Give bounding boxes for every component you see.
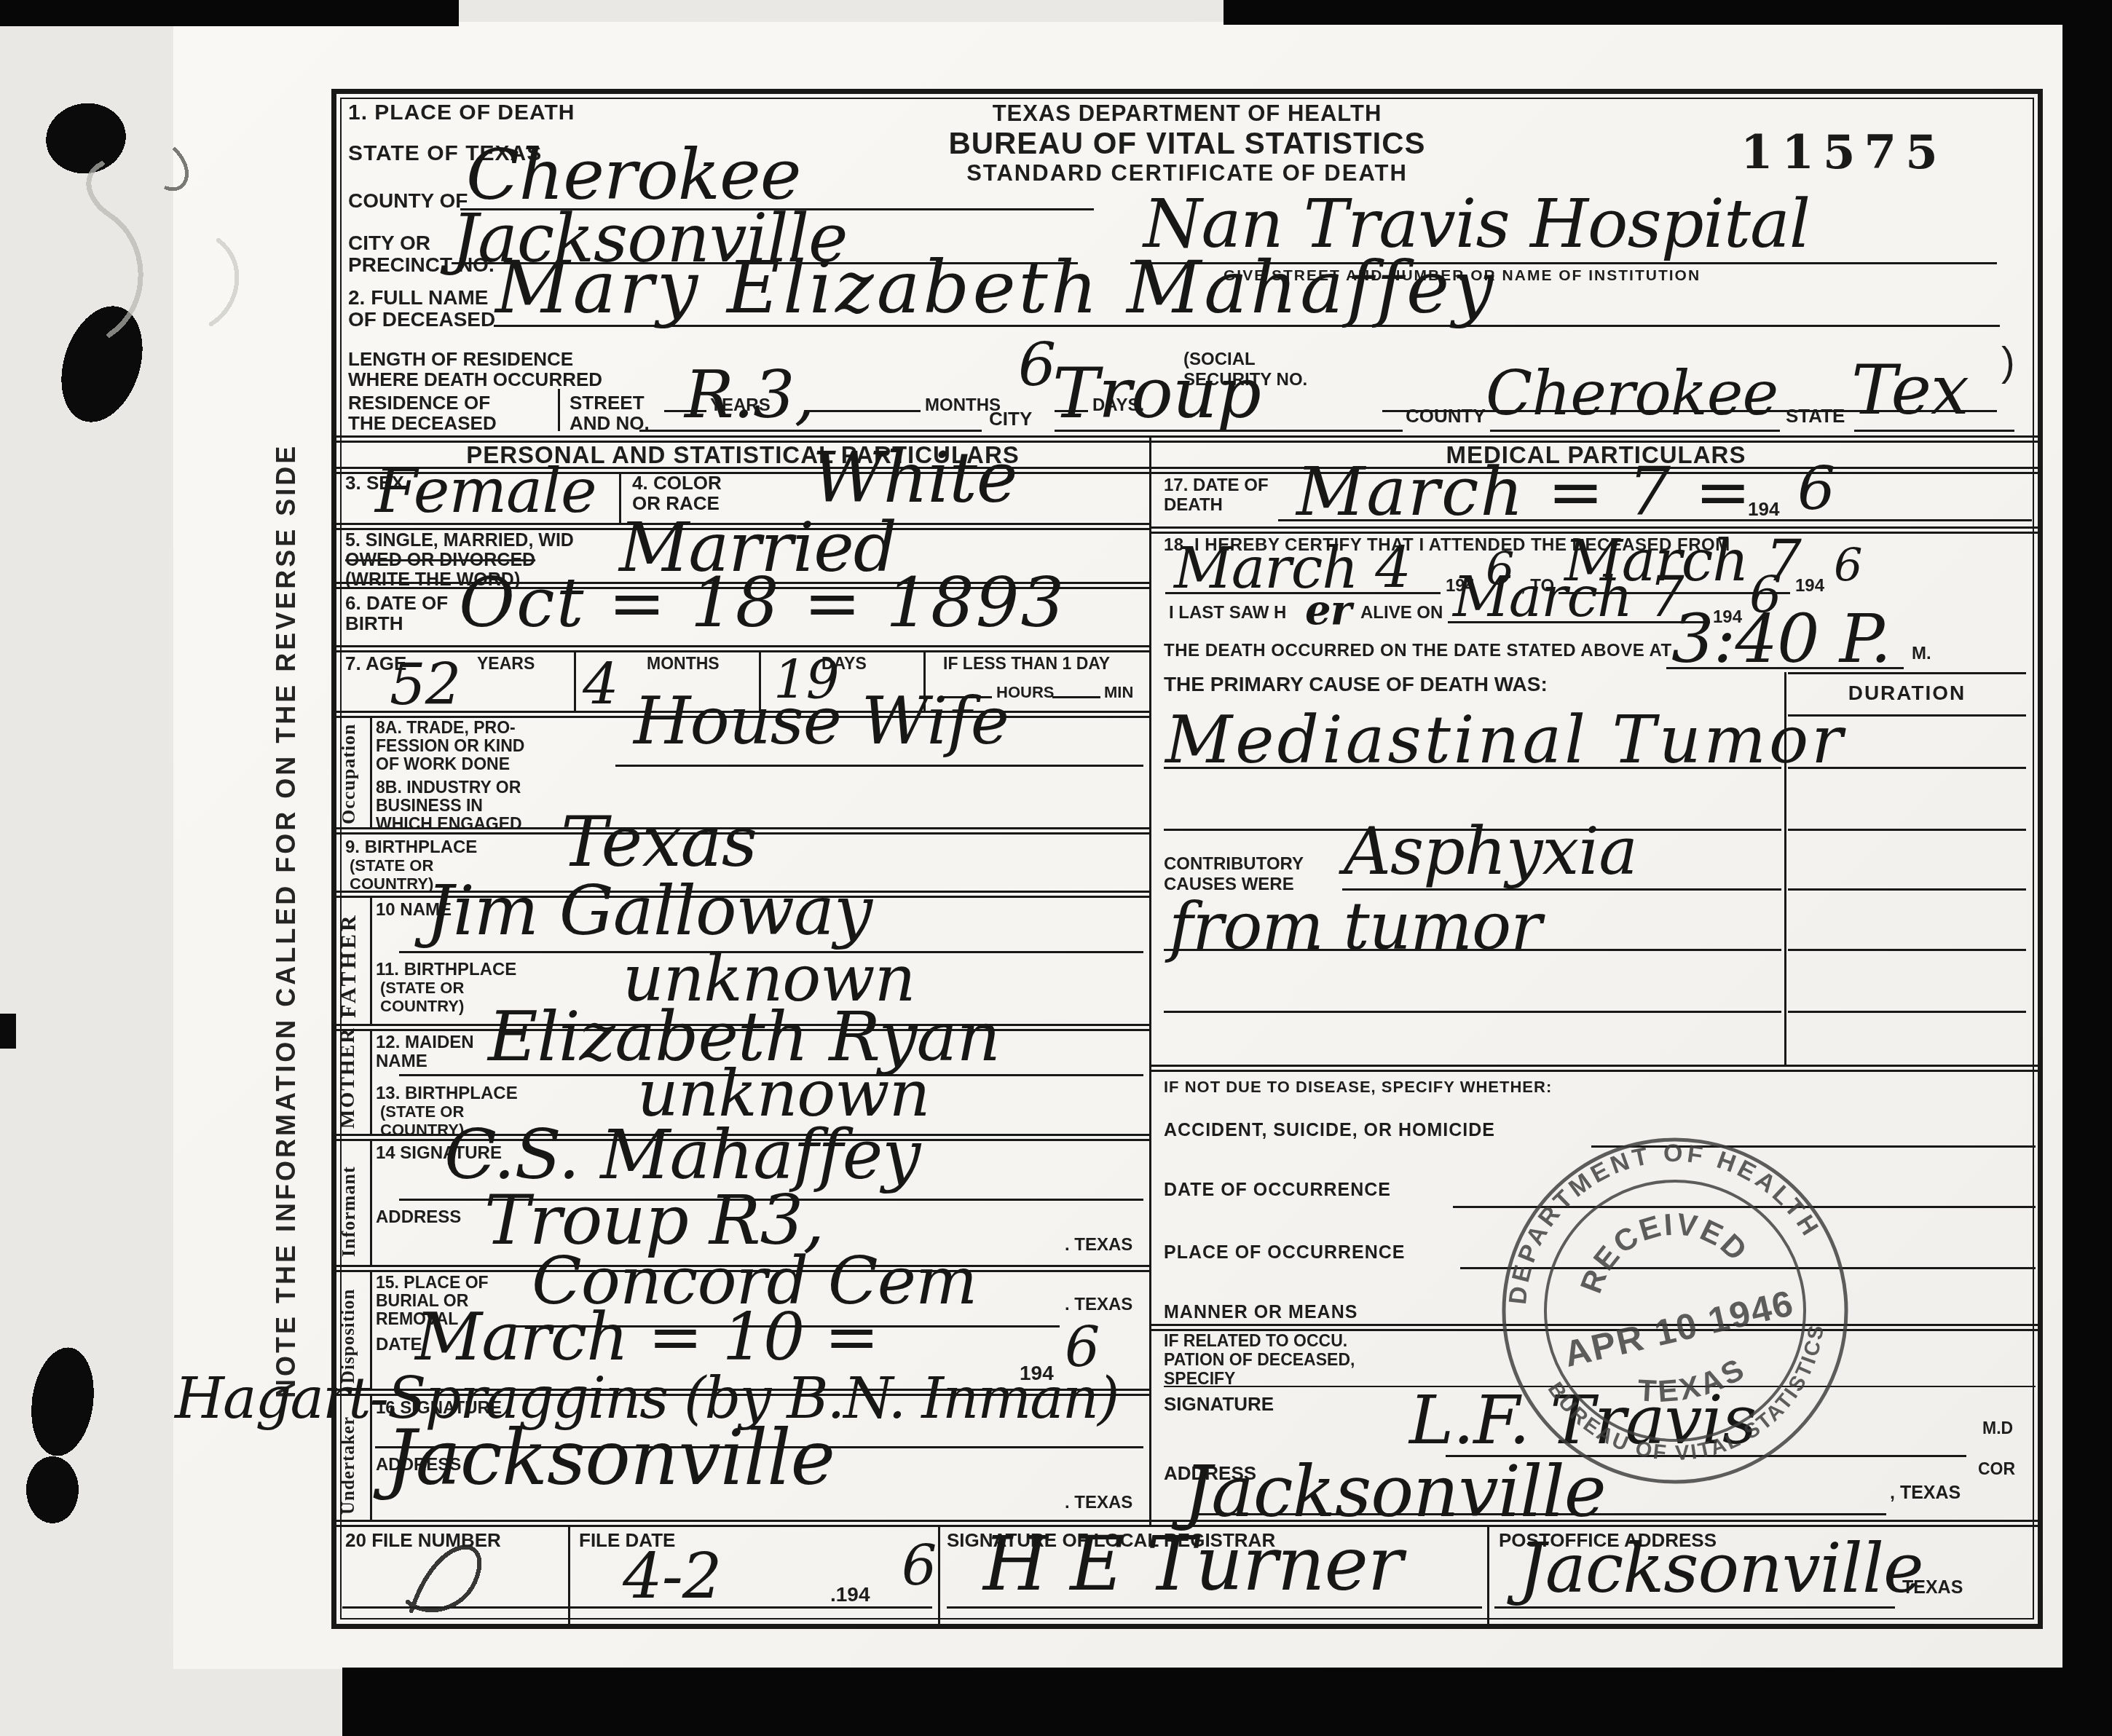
stamp-state-text: TEXAS — [1629, 1349, 1754, 1417]
primary-cause-value: Mediastinal Tumor — [1165, 708, 1845, 773]
fullname-value: Mary Elizabeth Mahaffey — [495, 251, 1497, 324]
residence-months-value: 6 — [1018, 336, 1055, 396]
birthdate-value: Oct = 18 = 1893 — [459, 569, 1065, 638]
residence-county-value: Cherokee — [1486, 363, 1778, 424]
dod-value: March = 7 = — [1296, 459, 1752, 526]
stamp-outer-top-text: DEPARTMENT OF HEALTH — [1475, 1107, 1827, 1311]
stamp-date-text: APR 10 1946 — [1560, 1282, 1798, 1375]
file-date-value: 4-2 — [623, 1545, 722, 1608]
svg-text:TEXAS: TEXAS — [1629, 1349, 1754, 1417]
lastsaw-date-value: March 7 — [1453, 569, 1683, 625]
age-months-value: 4 — [583, 657, 618, 714]
scanned-death-certificate: NOTE THE INFORMATION CALLED FOR ON THE R… — [0, 0, 2112, 1736]
contributory-value-1: Asphyxia — [1344, 819, 1637, 885]
stamp-received-text: RECEIVED — [1561, 1188, 1760, 1304]
burial-date-value: March = 10 = — [415, 1305, 878, 1370]
age-years-value: 52 — [390, 657, 460, 714]
residence-city-value: Troup — [1052, 358, 1261, 428]
informant-signature: C.S. Mahaffey — [444, 1121, 920, 1190]
file-year-hw: 6 — [902, 1538, 936, 1593]
street-value: R.3, — [685, 363, 814, 428]
dod-year-hw: 6 — [1797, 460, 1835, 520]
undertaker-signature: Hagart-Spraggins (by B.N. Inman) — [175, 1370, 1118, 1427]
death-time-value: 3:40 P. — [1671, 606, 1891, 673]
contributory-value-2: from tumor — [1169, 894, 1541, 960]
svg-text:DEPARTMENT OF HEALTH: DEPARTMENT OF HEALTH — [1475, 1107, 1827, 1311]
race-value: White — [812, 443, 1017, 513]
registrar-signature: H E Turner — [983, 1528, 1403, 1602]
attended-from-value: March 4 — [1174, 540, 1411, 597]
birthplace-value: Texas — [561, 807, 757, 877]
to-year-hw: 6 — [1834, 542, 1861, 588]
sex-value: Female — [375, 460, 596, 521]
father-name-value: Jim Galloway — [426, 877, 872, 946]
residence-state-value: Tex — [1851, 357, 1969, 425]
postoffice-value: Jacksonville — [1518, 1535, 1923, 1603]
occupation-value: House Wife — [634, 689, 1009, 754]
lastsaw-er-scribble: er — [1305, 590, 1351, 631]
svg-text:RECEIVED: RECEIVED — [1561, 1188, 1760, 1304]
